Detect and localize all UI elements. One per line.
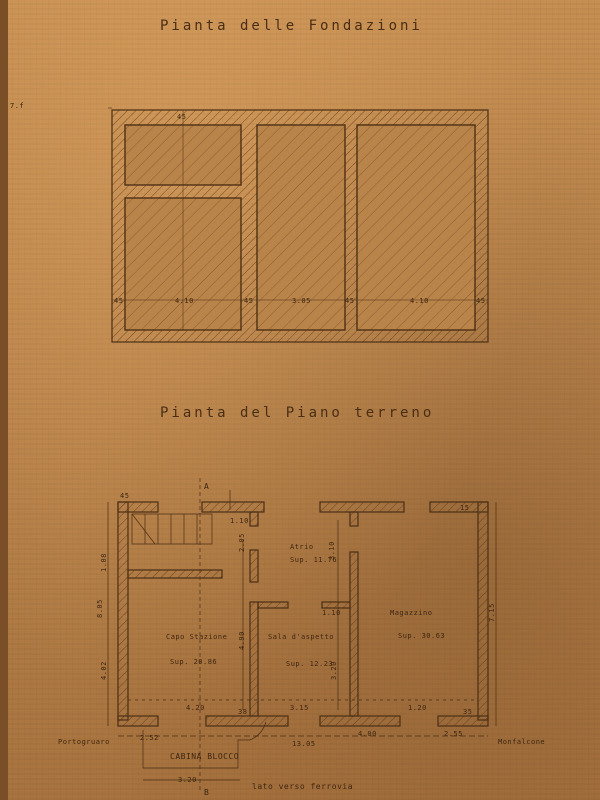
dim-door-magazzino: 35 xyxy=(463,708,472,716)
cabin-blocco-label: CABINA BLOCCO xyxy=(170,752,239,761)
dim-seg-2: 2.55 xyxy=(444,730,463,738)
room-magazzino-name: Magazzino xyxy=(390,609,432,617)
foundation-dim-6: 4.10 xyxy=(410,297,429,305)
section-mark-b: B xyxy=(204,788,209,797)
room-capo-area: Sup. 20.86 xyxy=(170,658,217,666)
room-atrio-name: Atrio xyxy=(290,543,314,551)
dim-seg-4: 4.00 xyxy=(358,730,377,738)
dim-left-lower: 4.02 xyxy=(100,661,108,680)
dim-bottom-capo: 4.20 xyxy=(186,704,205,712)
ground-floor-title: Pianta del Piano terreno xyxy=(160,405,434,421)
corner-note: 7.f xyxy=(10,102,24,110)
foundation-dim-7: 45 xyxy=(476,297,485,305)
dim-magazzino-depth: 7.15 xyxy=(488,603,496,622)
dim-atrio-depth: 2.05 xyxy=(238,533,246,552)
direction-monfalcone: Monfalcone xyxy=(498,738,545,746)
foundation-dim-3: 45 xyxy=(244,297,253,305)
foundation-dim-2: 4.10 xyxy=(175,297,194,305)
dim-total-length: 13.05 xyxy=(292,740,316,748)
dim-corridor: 1.10 xyxy=(322,609,341,617)
plans-drawing xyxy=(0,0,600,800)
foundation-dim-5: 45 xyxy=(345,297,354,305)
dim-atrio-width: 3.10 xyxy=(328,541,336,560)
railway-side-label: lato verso ferrovia xyxy=(252,782,353,791)
room-magazzino-area: Sup. 30.63 xyxy=(398,632,445,640)
foundation-dim-4: 3.05 xyxy=(292,297,311,305)
foundations-title: Pianta delle Fondazioni xyxy=(160,18,423,34)
room-sala-area: Sup. 12.23 xyxy=(286,660,333,668)
foundations-plan xyxy=(108,108,488,342)
dim-seg-left: 2.52 xyxy=(140,734,159,742)
ground-floor-plan xyxy=(118,502,488,726)
section-mark-a: A xyxy=(204,482,209,491)
dim-door-capo: 38 xyxy=(238,708,247,716)
dim-bottom-magazzino: 1.20 xyxy=(408,704,427,712)
dim-cabin-width: 3.20 xyxy=(178,776,197,784)
dim-sala-depth: 3.20 xyxy=(330,661,338,680)
dim-bottom-sala: 3.15 xyxy=(290,704,309,712)
dim-left-middle: 8.05 xyxy=(96,599,104,618)
foundation-dim-1: 45 xyxy=(114,297,123,305)
foundation-top-wall-dim: 45 xyxy=(177,113,186,121)
dim-opening-top: 1.10 xyxy=(230,517,249,525)
dim-top-left-wall: 45 xyxy=(120,492,129,500)
dim-wall-small: 15 xyxy=(460,504,469,512)
dim-left-upper: 1.08 xyxy=(100,553,108,572)
room-sala-name: Sala d'aspetto xyxy=(268,633,334,641)
dim-capo-depth: 4.90 xyxy=(238,631,246,650)
room-capo-name: Capo Stazione xyxy=(166,633,227,641)
direction-portogruaro: Portogruaro xyxy=(58,738,110,746)
